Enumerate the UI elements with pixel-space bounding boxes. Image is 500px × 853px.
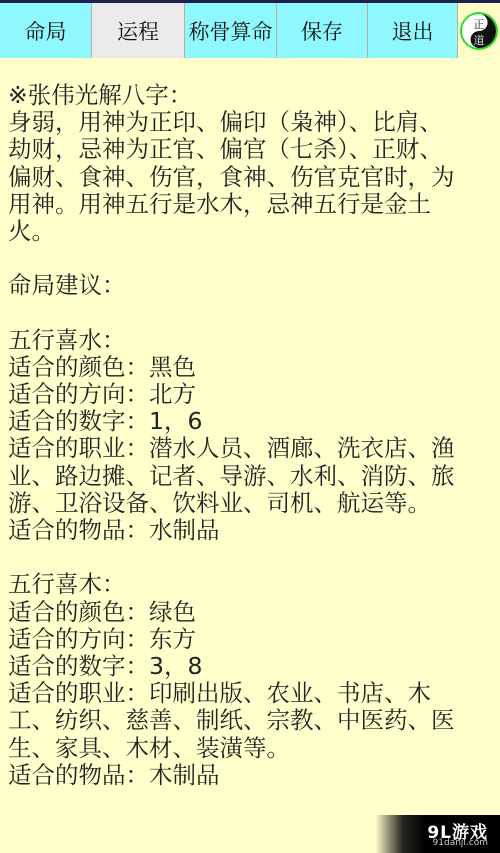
blank-line [8, 245, 494, 272]
text-line: 适合的方向：东方 [8, 626, 494, 653]
tab-yuncheng[interactable]: 运程 [92, 3, 185, 58]
text-line: 适合的方向：北方 [8, 381, 494, 408]
analysis-text: ※张伟光解八字：身弱，用神为正印、偏印（枭神）、比肩、劫财，忌神为正官、偏官（七… [8, 82, 494, 789]
tab-chenggu-suanming[interactable]: 称骨算命 [185, 3, 277, 58]
text-line: 适合的职业：印刷出版、农业、书店、木 [8, 680, 494, 707]
text-line: 适合的物品：木制品 [8, 762, 494, 789]
tab-save[interactable]: 保存 [277, 3, 368, 58]
text-line: 工、纺织、慈善、制纸、宗教、中医药、医 [8, 707, 494, 734]
text-line: 适合的颜色：绿色 [8, 599, 494, 626]
watermark-site: 91danji.com [433, 838, 488, 848]
text-line: 适合的职业：潜水人员、酒廊、洗衣店、渔 [8, 435, 494, 462]
text-line: 命局建议： [8, 272, 494, 299]
blank-line [8, 544, 494, 571]
text-line: 五行喜木： [8, 571, 494, 598]
text-line: 适合的物品：水制品 [8, 517, 494, 544]
text-line: 火。 [8, 218, 494, 245]
text-line: 适合的数字：3，8 [8, 653, 494, 680]
text-line: 身弱，用神为正印、偏印（枭神）、比肩、 [8, 109, 494, 136]
text-line: 劫财，忌神为正官、偏官（七杀）、正财、 [8, 136, 494, 163]
text-line: 生、家具、木材、装潢等。 [8, 735, 494, 762]
tab-bar: 命局 运程 称骨算命 保存 退出 正 道 [0, 3, 500, 58]
text-line: 五行喜水： [8, 327, 494, 354]
tab-exit[interactable]: 退出 [368, 3, 458, 58]
text-line: ※张伟光解八字： [8, 82, 494, 109]
tab-mingju[interactable]: 命局 [0, 3, 92, 58]
logo-top-char: 正 [474, 18, 485, 31]
text-line: 业、路边摊、记者、导游、水利、消防、旅 [8, 463, 494, 490]
logo-bottom-char: 道 [474, 34, 485, 47]
blank-line [8, 300, 494, 327]
text-line: 适合的数字：1，6 [8, 408, 494, 435]
text-line: 适合的颜色：黑色 [8, 354, 494, 381]
text-line: 偏财、食神、伤官，食神、伤官克官时，为 [8, 164, 494, 191]
watermark: 9L游戏 91danji.com [375, 815, 500, 853]
logo[interactable]: 正 道 [458, 3, 500, 58]
yin-yang-icon: 正 道 [459, 11, 499, 51]
text-line: 用神。用神五行是水木，忌神五行是金土 [8, 191, 494, 218]
text-line: 游、卫浴设备、饮料业、司机、航运等。 [8, 490, 494, 517]
